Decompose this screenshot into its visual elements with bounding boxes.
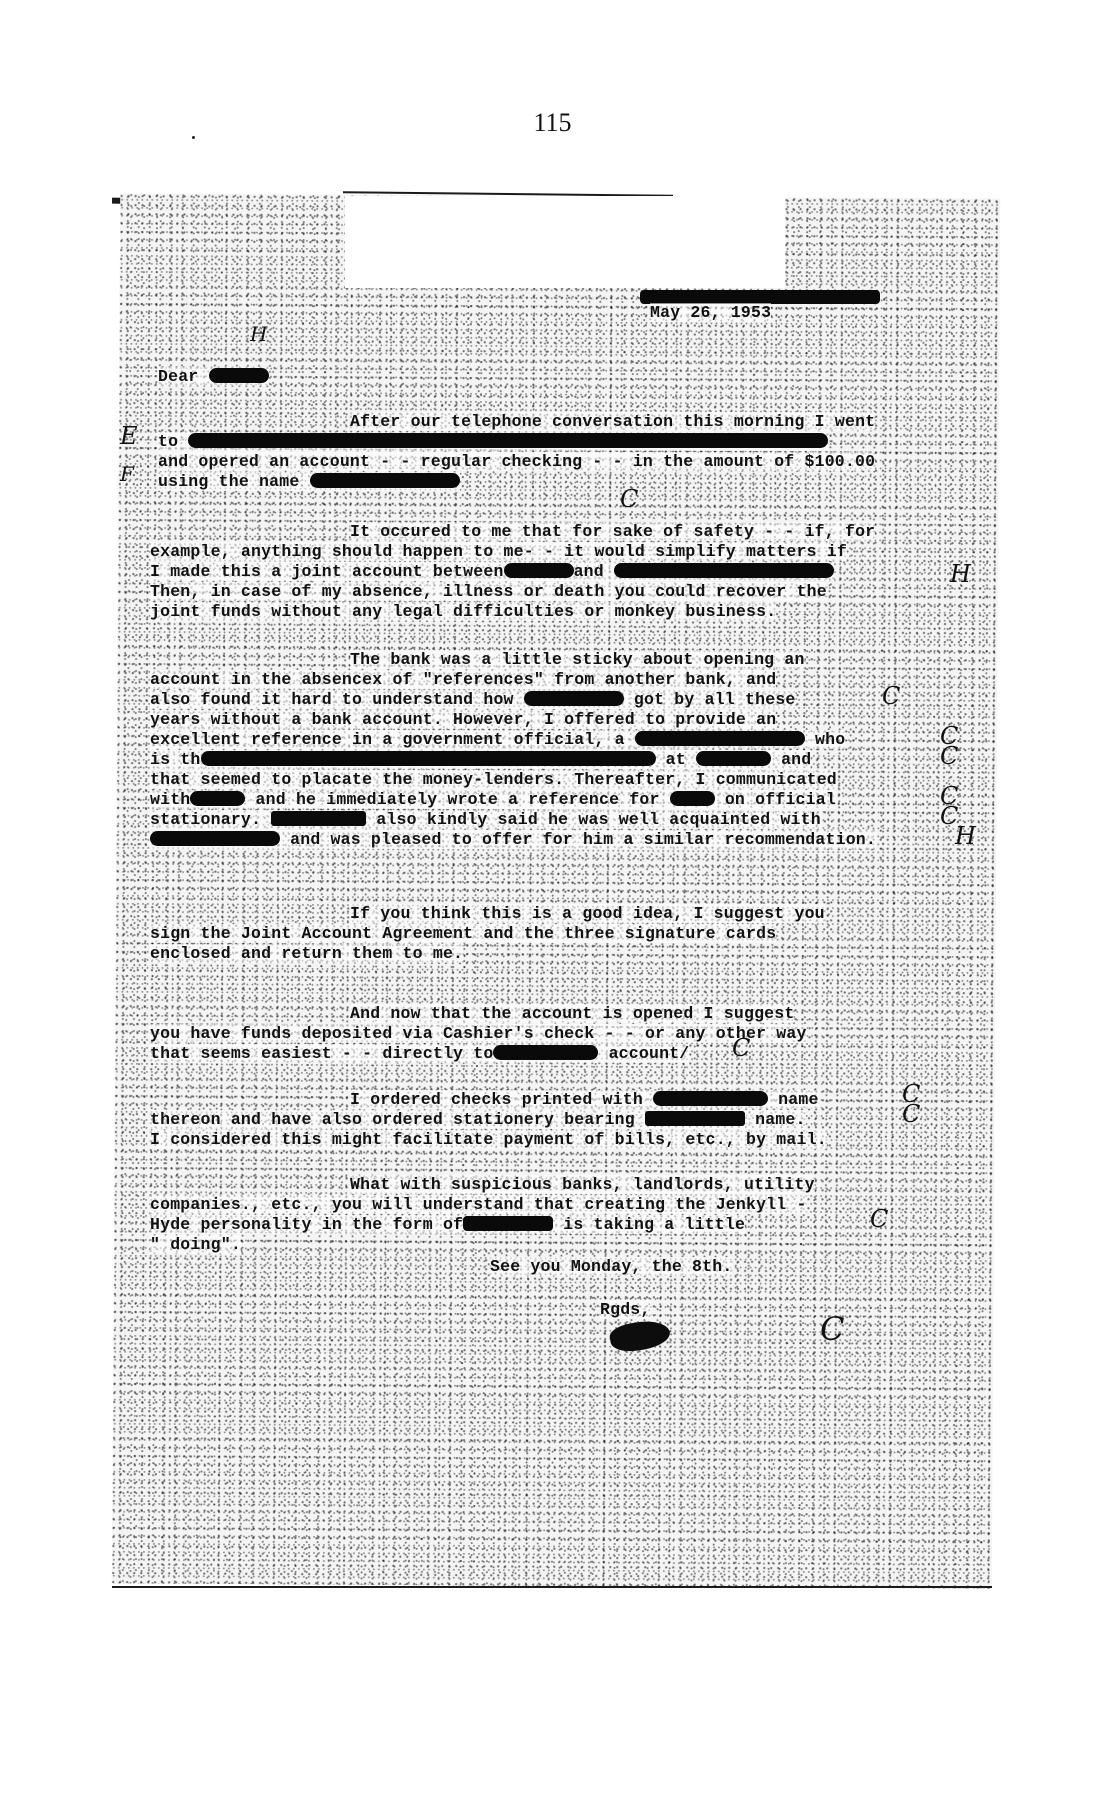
margin-mark-c: C bbox=[620, 485, 639, 513]
margin-mark-c: C bbox=[940, 742, 959, 770]
paragraph-3-line: and was pleased to offer for him a simil… bbox=[150, 830, 876, 849]
redacted-letterhead bbox=[345, 196, 785, 288]
paragraph-4-line: enclosed and return them to me. bbox=[150, 944, 463, 963]
redaction bbox=[614, 563, 834, 578]
paragraph-3-line: is th at and bbox=[150, 750, 811, 769]
signoff: Rgds, bbox=[600, 1300, 651, 1319]
page-number: 115 bbox=[0, 108, 1105, 138]
paragraph-1-line: After our telephone conversation this mo… bbox=[350, 412, 875, 431]
paragraph-4-line: If you think this is a good idea, I sugg… bbox=[350, 904, 825, 923]
redaction bbox=[635, 731, 805, 746]
redaction-bar bbox=[640, 290, 880, 304]
redaction bbox=[645, 1111, 745, 1126]
paragraph-3-line: stationary. also kindly said he was well… bbox=[150, 810, 821, 829]
redaction bbox=[696, 751, 771, 766]
paragraph-3-line: with and he immediately wrote a referenc… bbox=[150, 790, 836, 809]
paragraph-3-line: also found it hard to understand how got… bbox=[150, 690, 796, 709]
redaction bbox=[150, 831, 280, 846]
paragraph-3-line: The bank was a little sticky about openi… bbox=[350, 650, 805, 669]
paragraph-5-line: And now that the account is opened I sug… bbox=[350, 1004, 794, 1023]
margin-mark-c: C bbox=[732, 1034, 751, 1062]
paragraph-1-line: to bbox=[158, 432, 828, 451]
paragraph-7-line: What with suspicious banks, landlords, u… bbox=[350, 1175, 815, 1194]
paragraph-2-line: I made this a joint account betweenand bbox=[150, 562, 834, 581]
salutation: Dear bbox=[158, 367, 269, 386]
paragraph-2-line: It occured to me that for sake of safety… bbox=[350, 522, 875, 541]
redaction bbox=[493, 1045, 598, 1060]
paragraph-7-line: companies., etc., you will understand th… bbox=[150, 1195, 807, 1214]
paragraph-1-line: using the name bbox=[158, 472, 460, 491]
paragraph-3-line: excellent reference in a government offi… bbox=[150, 730, 845, 749]
margin-mark-c: C bbox=[870, 1205, 889, 1233]
paragraph-2-line: joint funds without any legal difficulti… bbox=[150, 602, 776, 621]
paragraph-3-line: years without a bank account. However, I… bbox=[150, 710, 776, 729]
paragraph-1-line: and opered an account - - regular checki… bbox=[158, 452, 875, 471]
paragraph-7-line: " doing". bbox=[150, 1235, 241, 1254]
margin-mark-h: H bbox=[950, 560, 971, 588]
margin-mark-c: C bbox=[902, 1100, 921, 1128]
redaction bbox=[201, 751, 656, 766]
redaction bbox=[271, 811, 366, 826]
paragraph-5-line: you have funds deposited via Cashier's c… bbox=[150, 1024, 807, 1043]
paragraph-7-line: Hyde personality in the form of is takin… bbox=[150, 1215, 745, 1234]
redaction bbox=[190, 791, 245, 806]
redaction bbox=[188, 433, 828, 448]
margin-mark-f: F bbox=[120, 462, 134, 486]
scanned-letter bbox=[112, 193, 1000, 1588]
paragraph-5-line: that seems easiest - - directly to accou… bbox=[150, 1044, 689, 1063]
paragraph-2-line: example, anything should happen to me- -… bbox=[150, 542, 847, 561]
redaction bbox=[310, 473, 460, 488]
redaction bbox=[463, 1216, 553, 1231]
margin-mark-h: H bbox=[955, 822, 976, 850]
paragraph-6-line: thereon and have also ordered stationery… bbox=[150, 1110, 806, 1129]
paragraph-3-line: that seemed to placate the money-lenders… bbox=[150, 770, 837, 789]
paragraph-3-line: account in the absencex of "references" … bbox=[150, 670, 776, 689]
paragraph-4-line: sign the Joint Account Agreement and the… bbox=[150, 924, 776, 943]
margin-mark-e: E bbox=[120, 422, 138, 450]
letter-date: May 26, 1953 bbox=[650, 303, 771, 322]
redaction bbox=[653, 1091, 768, 1106]
margin-mark-c: C bbox=[882, 682, 901, 710]
redaction bbox=[504, 563, 574, 578]
scan-speck bbox=[192, 136, 195, 139]
redaction bbox=[524, 691, 624, 706]
closing-line: See you Monday, the 8th. bbox=[490, 1257, 732, 1276]
paragraph-6-line: I considered this might facilitate payme… bbox=[150, 1130, 827, 1149]
paragraph-6-line: I ordered checks printed with name bbox=[350, 1090, 819, 1109]
redaction bbox=[209, 368, 269, 383]
scan-edge-line bbox=[112, 1586, 992, 1588]
redaction bbox=[670, 791, 715, 806]
paragraph-2-line: Then, in case of my absence, illness or … bbox=[150, 582, 827, 601]
margin-mark-h: H bbox=[250, 322, 268, 346]
margin-mark-c: C bbox=[820, 1310, 845, 1348]
